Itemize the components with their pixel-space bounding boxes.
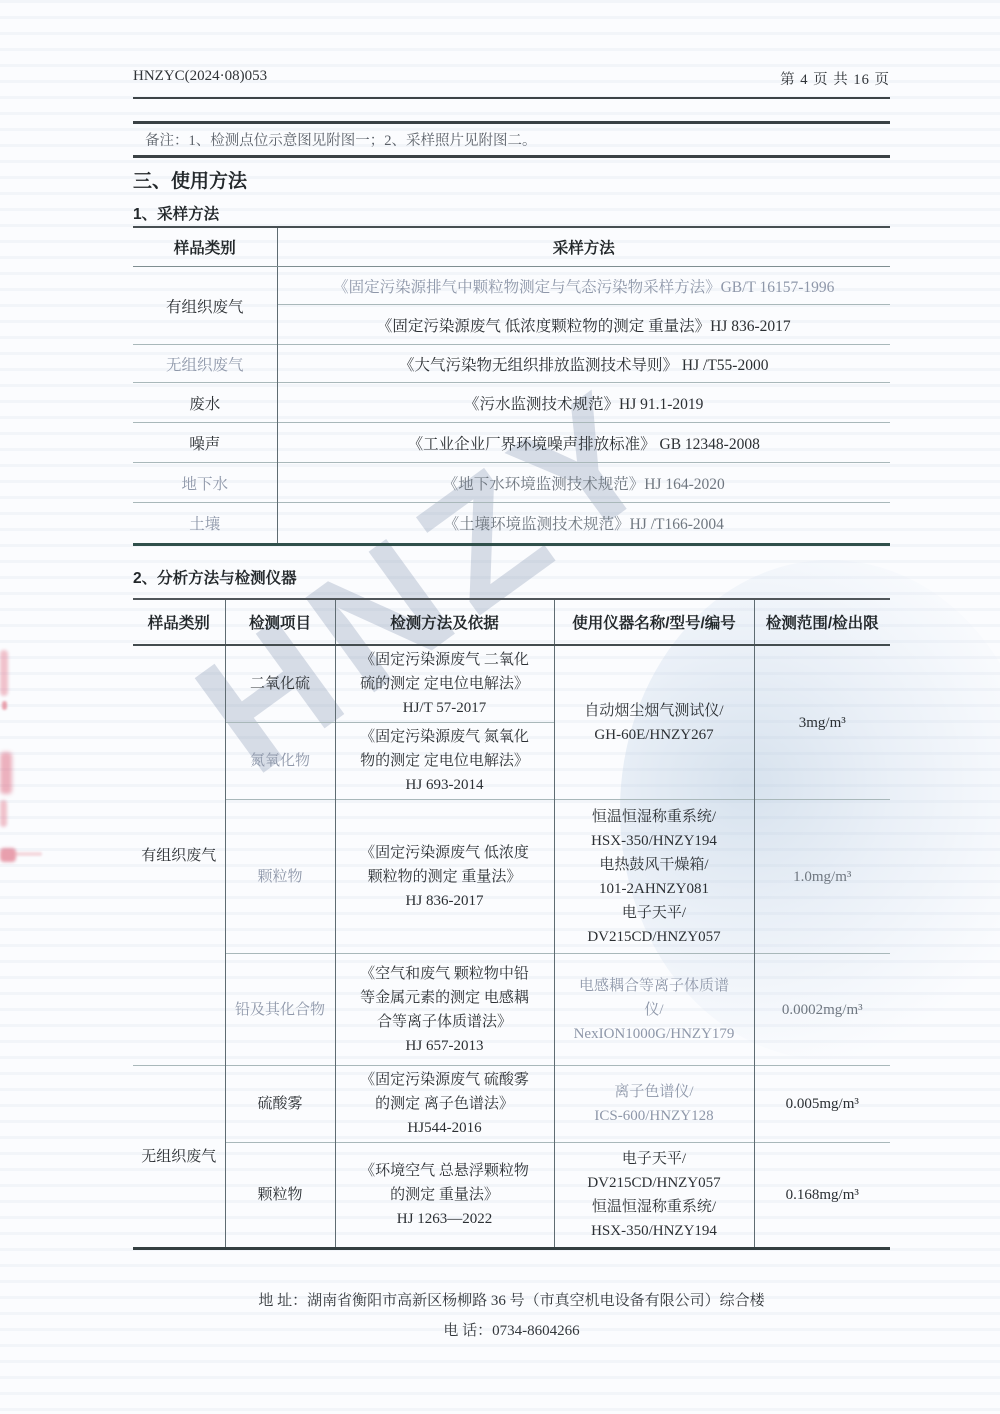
sampling-method-cell: 《固定污染源废气 低浓度颗粒物的测定 重量法》HJ 836-2017 <box>277 305 890 345</box>
sample-category-cell: 废水 <box>133 383 277 423</box>
scan-mark <box>2 701 7 710</box>
scan-mark <box>0 752 12 794</box>
page-content: HNZYC(2024·08)053 第 4 页 共 16 页 备注：1、检测点位… <box>133 0 890 1414</box>
table-row: 废水 《污水监测技术规范》HJ 91.1-2019 <box>133 383 890 423</box>
table-row: 颗粒物 《固定污染源废气 低浓度 颗粒物的测定 重量法》 HJ 836-2017… <box>133 800 890 954</box>
detection-range-cell: 0.005mg/m³ <box>754 1066 890 1143</box>
header-rule <box>133 97 890 99</box>
test-item-cell: 硫酸雾 <box>225 1066 335 1143</box>
sampling-method-cell: 《工业企业厂界环境噪声排放标准》 GB 12348-2008 <box>277 423 890 463</box>
sampling-method-cell: 《大气污染物无组织排放监测技术导则》 HJ /T55-2000 <box>277 345 890 383</box>
table-row: 无组织废气 硫酸雾 《固定污染源废气 硫酸雾 的测定 离子色谱法》 HJ544-… <box>133 1066 890 1143</box>
table-row: 有组织废气 《固定污染源排气中颗粒物测定与气态污染物采样方法》GB/T 1615… <box>133 267 890 305</box>
page-header: HNZYC(2024·08)053 第 4 页 共 16 页 <box>133 68 890 89</box>
column-header-test-method: 检测方法及依据 <box>335 599 554 645</box>
table-row: 地下水 《地下水环境监测技术规范》HJ 164-2020 <box>133 463 890 503</box>
instrument-cell: 电感耦合等离子体质谱 仪/ NexION1000G/HNZY179 <box>554 954 754 1066</box>
sampling-method-cell: 《地下水环境监测技术规范》HJ 164-2020 <box>277 463 890 503</box>
test-method-cell: 《空气和废气 颗粒物中铅 等金属元素的测定 电感耦 合等离子体质谱法》 HJ 6… <box>335 954 554 1066</box>
scan-mark <box>0 848 16 862</box>
sample-category-cell: 噪声 <box>133 423 277 463</box>
page-indicator: 第 4 页 共 16 页 <box>780 68 890 89</box>
instrument-cell: 离子色谱仪/ ICS-600/HNZY128 <box>554 1066 754 1143</box>
detection-range-cell: 0.0002mg/m³ <box>754 954 890 1066</box>
sample-category-cell: 无组织废气 <box>133 345 277 383</box>
sampling-method-cell: 《土壤环境监测技术规范》HJ /T166-2004 <box>277 503 890 545</box>
sample-category-cell: 地下水 <box>133 463 277 503</box>
table-row: 噪声 《工业企业厂界环境噪声排放标准》 GB 12348-2008 <box>133 423 890 463</box>
test-method-cell: 《固定污染源废气 低浓度 颗粒物的测定 重量法》 HJ 836-2017 <box>335 800 554 954</box>
table-row: 无组织废气 《大气污染物无组织排放监测技术导则》 HJ /T55-2000 <box>133 345 890 383</box>
sample-category-cell: 土壤 <box>133 503 277 545</box>
scanned-report-page: HNZY HNZYC(2024·08)053 第 4 页 共 16 页 备注：1… <box>0 0 1000 1414</box>
section-title-usage-methods: 三、使用方法 <box>133 166 247 193</box>
test-method-cell: 《固定污染源废气 二氧化 硫的测定 定电位电解法》 HJ/T 57-2017 <box>335 645 554 723</box>
table-row: 土壤 《土壤环境监测技术规范》HJ /T166-2004 <box>133 503 890 545</box>
test-item-cell: 颗粒物 <box>225 1143 335 1249</box>
note-text: 备注：1、检测点位示意图见附图一；2、采样照片见附图二。 <box>145 129 537 150</box>
sampling-method-cell: 《污水监测技术规范》HJ 91.1-2019 <box>277 383 890 423</box>
instrument-cell: 电子天平/ DV215CD/HNZY057 恒温恒湿称重系统/ HSX-350/… <box>554 1143 754 1249</box>
document-number: HNZYC(2024·08)053 <box>133 68 267 89</box>
scan-mark <box>0 650 8 696</box>
sampling-method-table: 样品类别 采样方法 有组织废气 《固定污染源排气中颗粒物测定与气态污染物采样方法… <box>133 226 890 546</box>
instrument-cell: 恒温恒湿称重系统/ HSX-350/HNZY194 电热鼓风干燥箱/ 101-2… <box>554 800 754 954</box>
table-row: 铅及其化合物 《空气和废气 颗粒物中铅 等金属元素的测定 电感耦 合等离子体质谱… <box>133 954 890 1066</box>
test-item-cell: 铅及其化合物 <box>225 954 335 1066</box>
scan-mark <box>0 800 7 827</box>
footer-phone: 电 话：0734-8604266 <box>133 1316 890 1346</box>
column-header-test-item: 检测项目 <box>225 599 335 645</box>
column-header-detection-range: 检测范围/检出限 <box>754 599 890 645</box>
scan-mark <box>14 852 42 856</box>
footer-address: 地 址：湖南省衡阳市高新区杨柳路 36 号（市真空机电设备有限公司）综合楼 <box>133 1286 890 1316</box>
table-row: 颗粒物 《环境空气 总悬浮颗粒物 的测定 重量法》 HJ 1263—2022 电… <box>133 1143 890 1249</box>
column-header-sampling-method: 采样方法 <box>277 227 890 267</box>
subsection-title-sampling-methods: 1、采样方法 <box>133 202 219 224</box>
table-row: 有组织废气 二氧化硫 《固定污染源废气 二氧化 硫的测定 定电位电解法》 HJ/… <box>133 645 890 723</box>
column-header-instrument: 使用仪器名称/型号/编号 <box>554 599 754 645</box>
note-row: 备注：1、检测点位示意图见附图一；2、采样照片见附图二。 <box>133 121 890 158</box>
detection-range-cell: 1.0mg/m³ <box>754 800 890 954</box>
detection-range-cell: 3mg/m³ <box>754 645 890 800</box>
test-method-cell: 《固定污染源废气 氮氧化 物的测定 定电位电解法》 HJ 693-2014 <box>335 723 554 800</box>
sample-category-cell: 有组织废气 <box>133 267 277 345</box>
test-item-cell: 颗粒物 <box>225 800 335 954</box>
subsection-title-analysis-methods: 2、分析方法与检测仪器 <box>133 566 297 588</box>
test-item-cell: 二氧化硫 <box>225 645 335 723</box>
page-footer: 地 址：湖南省衡阳市高新区杨柳路 36 号（市真空机电设备有限公司）综合楼 电 … <box>133 1286 890 1346</box>
sample-category-cell: 无组织废气 <box>133 1066 225 1249</box>
detection-range-cell: 0.168mg/m³ <box>754 1143 890 1249</box>
sample-category-cell: 有组织废气 <box>133 645 225 1066</box>
test-method-cell: 《固定污染源废气 硫酸雾 的测定 离子色谱法》 HJ544-2016 <box>335 1066 554 1143</box>
column-header-sample-category: 样品类别 <box>133 599 225 645</box>
column-header-sample-category: 样品类别 <box>133 227 277 267</box>
analysis-method-table: 样品类别 检测项目 检测方法及依据 使用仪器名称/型号/编号 检测范围/检出限 … <box>133 598 890 1250</box>
test-item-cell: 氮氧化物 <box>225 723 335 800</box>
sampling-method-cell: 《固定污染源排气中颗粒物测定与气态污染物采样方法》GB/T 16157-1996 <box>277 267 890 305</box>
test-method-cell: 《环境空气 总悬浮颗粒物 的测定 重量法》 HJ 1263—2022 <box>335 1143 554 1249</box>
instrument-cell: 自动烟尘烟气测试仪/ GH-60E/HNZY267 <box>554 645 754 800</box>
